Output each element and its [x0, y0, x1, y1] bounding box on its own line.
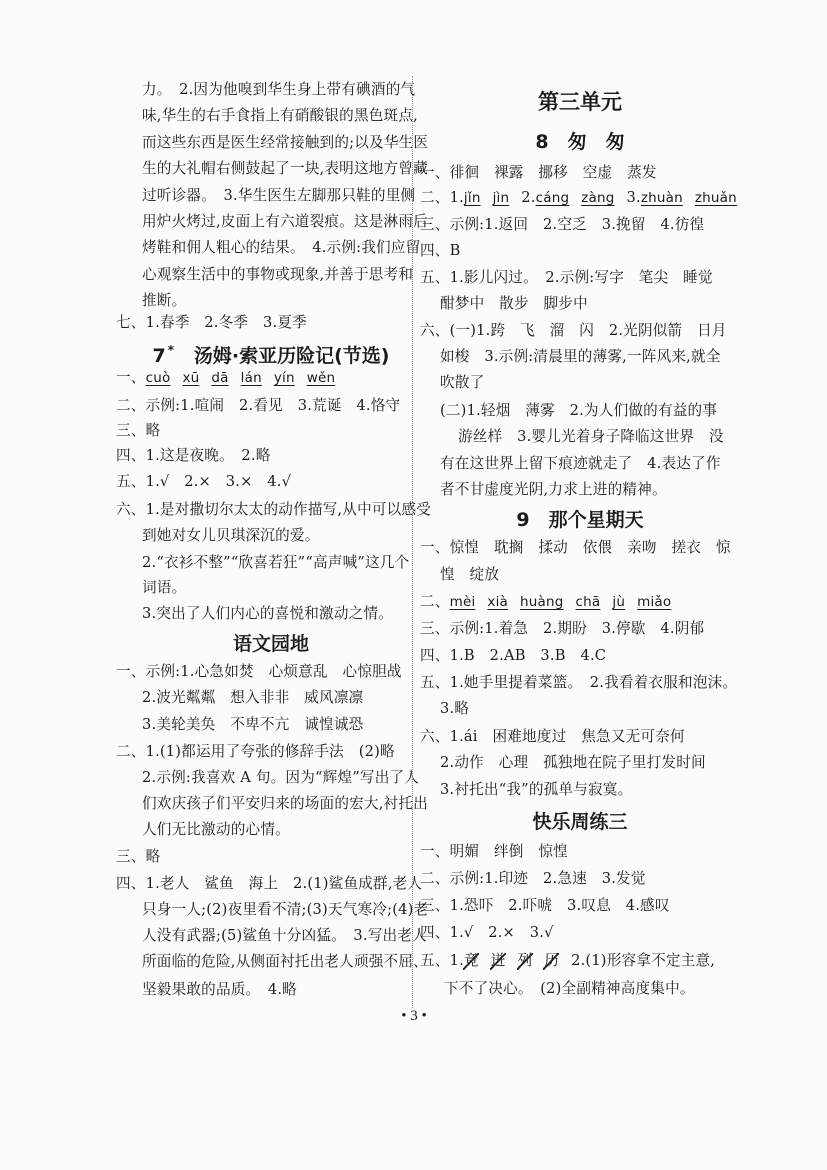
- text-line: 人们无比激动的心情。: [142, 820, 290, 840]
- page-number-value: 3: [410, 1008, 418, 1024]
- text-fragment: 2.(1)形容拿不定主意,: [571, 952, 715, 969]
- text-line: 三、示例:1.返回 2.空乏 3.挽留 4.彷徨: [420, 215, 704, 235]
- text-line: 坚毅果敢的品质。 4.略: [142, 980, 297, 1000]
- text-line: (二)1.轻烟 薄雾 2.为人们做的有益的事: [440, 401, 717, 421]
- text-line: 者不甘虚度光阴,力求上进的精神。: [440, 480, 667, 500]
- text-line: 心观察生活中的事物或现象,并善于思考和: [142, 265, 413, 285]
- struck-char: 历: [544, 951, 559, 971]
- text-line: 所面临的危险,从侧面衬托出老人顽强不屈、: [142, 952, 428, 972]
- page-number: • 3 •: [384, 1008, 444, 1025]
- text-line: 2.“衣衫不整”“欣喜若狂”“高声喊”这几个: [142, 553, 409, 573]
- text-line: 四、1.√ 2.× 3.√: [420, 923, 554, 943]
- text-line: 六、(一)1.跨 飞 溜 闪 2.光阴似箭 日月: [420, 321, 727, 341]
- struck-char: 列: [518, 951, 533, 971]
- text-line: 用炉火烤过,皮面上有六道裂痕。这是淋雨后: [142, 212, 428, 232]
- pinyin: zàng: [581, 190, 614, 206]
- text-line: 一、惊惶 耽搁 揉动 依偎 亲吻 搓衣 惊: [420, 538, 731, 558]
- text-line: 词语。: [142, 578, 186, 598]
- pinyin-row: 一、cuòxūdālányínwěn: [116, 368, 335, 388]
- text-line: 有在这世界上留下痕迹就走了 4.表达了作: [440, 454, 721, 474]
- text-line: 三、略: [116, 421, 160, 441]
- pinyin: jìn: [493, 190, 510, 206]
- text-line: 烤鞋和佣人粗心的结果。 4.示例:我们应留: [142, 238, 420, 258]
- unit-title: 第三单元: [420, 90, 740, 114]
- text-line: 游丝样 3.婴儿光着身子降临这世界 没: [458, 427, 724, 447]
- text-line: 如梭 3.示例:清晨里的薄雾,一阵风来,就全: [440, 347, 721, 367]
- question-number: 五、1.: [420, 952, 464, 969]
- text-line: 四、1.这是夜晚。 2.略: [116, 446, 271, 466]
- text-line: 四、B: [420, 241, 461, 261]
- text-line: 二、示例:1.印迹 2.急速 3.发觉: [420, 869, 646, 889]
- pinyin: wěn: [307, 370, 336, 386]
- text-line: 惶 绽放: [440, 565, 499, 585]
- text-line: 3.衬托出“我”的孤单与寂寞。: [440, 780, 632, 800]
- lesson-8-title: 8 匆 匆: [420, 130, 740, 154]
- pinyin: jǐn: [464, 190, 481, 206]
- pinyin: lán: [241, 370, 262, 386]
- pinyin: huàng: [520, 594, 564, 610]
- text-line: 人没有武器;(5)鲨鱼十分凶猛。 3.写出老人: [142, 926, 427, 946]
- text-line: 味,华生的右手食指上有硝酸银的黑色斑点,: [142, 106, 418, 126]
- answer-page: 力。 2.因为他嗅到华生身上带有碘酒的气 味,华生的右手食指上有硝酸银的黑色斑点…: [0, 0, 827, 1170]
- text-line: 们欢庆孩子们平安归来的场面的宏大,衬托出: [142, 794, 428, 814]
- text-line: 五、1.√ 2.× 3.× 4.√: [116, 472, 291, 492]
- lesson-7-title: 7* 汤姆·索亚历险记(节选): [136, 338, 406, 368]
- question-number: 二、1.: [420, 189, 464, 206]
- pinyin: yín: [274, 370, 295, 386]
- pinyin-row: 二、mèixiàhuàngchājùmiǎo: [420, 592, 671, 612]
- text-line: 三、略: [116, 847, 160, 867]
- lesson-number: 7: [153, 345, 166, 367]
- text-line: 3.突出了人们内心的喜悦和激动之情。: [142, 604, 393, 624]
- text-line: 四、1.老人 鲨鱼 海上 2.(1)鲨鱼成群,老人: [116, 874, 422, 894]
- pinyin: xū: [182, 370, 199, 386]
- text-line: 下不了决心。 (2)全副精神高度集中。: [444, 979, 695, 999]
- struck-chars-row: 五、1.竟迸列历2.(1)形容拿不定主意,: [420, 951, 715, 971]
- text-line: 2.动作 心理 孤独地在院子里打发时间: [440, 753, 706, 773]
- text-line: 一、明媚 绊倒 惊惶: [420, 842, 568, 862]
- text-line: 力。 2.因为他嗅到华生身上带有碘酒的气: [142, 80, 415, 100]
- pinyin: jù: [612, 594, 625, 610]
- pinyin: zhuǎn: [695, 190, 737, 206]
- text-line: 六、1.是对撒切尔太太的动作描写,从中可以感受: [116, 500, 431, 520]
- text-line: 五、1.影儿闪过。 2.示例:写字 笔尖 睡觉: [420, 268, 713, 288]
- section-title-garden: 语文园地: [126, 632, 416, 656]
- pinyin: cuò: [146, 370, 171, 386]
- text-line: 五、1.她手里提着菜篮。 2.我看着衣服和泡沫。: [420, 673, 737, 693]
- text-line: 过听诊器。 3.华生医生左脚那只鞋的里侧: [142, 186, 415, 206]
- text-line: 二、1.(1)都运用了夸张的修辞手法 (2)略: [116, 742, 395, 762]
- item-number: 3.: [627, 189, 641, 206]
- text-line: 2.波光粼粼 想入非非 威风凛凛: [142, 688, 363, 708]
- text-line: 只身一人;(2)夜里看不清;(3)天气寒冷;(4)老: [142, 900, 428, 920]
- text-line: 三、1.恐吓 2.吓唬 3.叹息 4.感叹: [420, 896, 670, 916]
- answer-seven: 七、1.春季 2.冬季 3.夏季: [116, 313, 307, 333]
- struck-char: 迸: [491, 951, 506, 971]
- pinyin: zhuàn: [641, 190, 683, 206]
- question-number: 二、: [420, 593, 450, 610]
- text-line: 3.美轮美奂 不卑不亢 诚惶诚恐: [142, 715, 363, 735]
- text-line: 一、示例:1.心急如焚 心烦意乱 心惊胆战: [116, 662, 402, 682]
- weekly-practice-title: 快乐周练三: [420, 810, 740, 834]
- star-mark: *: [168, 343, 174, 357]
- text-line: 一、徘徊 裸露 挪移 空虚 蒸发: [420, 163, 657, 183]
- text-line: 四、1.B 2.AB 3.B 4.C: [420, 646, 606, 666]
- text-line: 三、示例:1.着急 2.期盼 3.停歇 4.阴郁: [420, 619, 704, 639]
- pinyin: chā: [576, 594, 601, 610]
- question-number: 一、: [116, 369, 146, 386]
- text-line: 酣梦中 散步 脚步中: [440, 294, 588, 314]
- pinyin: dā: [211, 370, 228, 386]
- text-line: 推断。: [142, 291, 186, 311]
- column-divider: [412, 76, 413, 1008]
- struck-char: 竟: [464, 951, 479, 971]
- pinyin: mèi: [450, 594, 476, 610]
- text-line: 二、示例:1.喧闹 2.看见 3.荒诞 4.恪守: [116, 396, 400, 416]
- text-line: 而这些东西是医生经常接触到的;以及华生医: [142, 133, 428, 153]
- text-line: 六、1.ái 困难地度过 焦急又无可奈何: [420, 727, 685, 747]
- text-line: 到她对女儿贝琪深沉的爱。: [142, 526, 320, 546]
- text-line: 2.示例:我喜欢 A 句。因为“辉煌”写出了人: [142, 768, 419, 788]
- text-line: 3.略: [440, 699, 469, 719]
- item-number: 2.: [521, 189, 535, 206]
- pinyin-row: 二、1.jǐnjìn2.cángzàng3.zhuànzhuǎn: [420, 188, 737, 208]
- text-line: 生的大礼帽右侧鼓起了一块,表明这地方曾藏: [142, 159, 428, 179]
- lesson-9-title: 9 那个星期天: [420, 508, 740, 532]
- text-line: 吹散了: [440, 373, 484, 393]
- pinyin: cáng: [536, 190, 570, 206]
- lesson-title: 汤姆·索亚历险记(节选): [194, 345, 390, 367]
- pinyin: xià: [487, 594, 508, 610]
- pinyin: miǎo: [637, 594, 671, 610]
